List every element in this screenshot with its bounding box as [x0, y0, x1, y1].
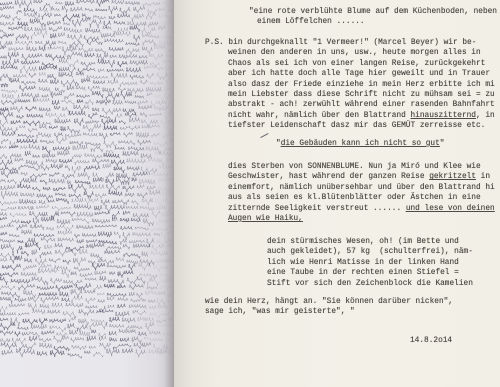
line-segment: zitternde Seeligkeit verstreut ......	[228, 205, 406, 213]
paragraph-line: auch gekleidet), 57 kg (schulterfrei), n…	[267, 247, 473, 257]
centered-quote: "die Gebäuden kann ich nicht so gut"	[276, 139, 444, 149]
paragraph-line: weinen den anderen in uns, usw., heute m…	[228, 48, 495, 58]
line-segment: , in	[476, 112, 495, 120]
quote-close: "	[440, 140, 445, 148]
paragraph-line: lich wie Henri Matisse in der linken Han…	[267, 258, 473, 268]
paragraph-line: also dasz der Friede einziehe in mein He…	[228, 80, 495, 90]
paragraph-line: wie dein Herz, hängt an. "Sie können dar…	[205, 297, 453, 307]
date-stamp: 14.8.2o14	[410, 336, 452, 346]
paragraph-line: nicht wahr, nämlich über den Blattrand h…	[228, 111, 495, 121]
underlined-phrase: und lese von deinen	[406, 205, 495, 213]
paragraph-line: abstrakt - ach! zerwühlt während einer r…	[228, 100, 495, 110]
line-segment: nicht wahr, nämlich über den Blattrand	[228, 112, 410, 120]
indented-stanza: dein stürmisches Wesen, oh! (im Bette un…	[267, 237, 473, 289]
flowers-paragraph: dies Sterben von SONNENBLUME. Nun ja Mir…	[228, 162, 495, 224]
paragraph-line: einemfort, nämlich unübersehbar und über…	[228, 183, 495, 193]
underlined-phrase: Augen wie Haiku,	[228, 215, 303, 223]
ps-paragraph: P.S. bin durchgeknallt "1 Vermeer!" (Mar…	[228, 38, 495, 132]
opening-quote: "eine rote verblühte Blume auf dem Küche…	[249, 7, 497, 28]
paragraph-line: aus als seien es kl.Blütenblätter oder Ä…	[228, 193, 495, 203]
paragraph-line: eine Taube in der rechten einen Stiefel …	[267, 268, 473, 278]
line-segment: Geschwister, hast während der ganzen Rei…	[228, 173, 429, 181]
right-page: "eine rote verblühte Blume auf dem Küche…	[174, 0, 500, 387]
paragraph-line: dein stürmisches Wesen, oh! (im Bette un…	[267, 237, 473, 247]
underlined-phrase: die Gebäuden kann ich nicht so gut	[281, 140, 440, 148]
underlined-phrase: hinauszitternd	[410, 112, 476, 120]
paragraph-line: tiefster Leidenschaft dasz mir das GEMÜT…	[228, 121, 495, 131]
quote-line: einem Löffelchen ......	[257, 17, 497, 27]
book-scan: "eine rote verblühte Blume auf dem Küche…	[0, 0, 500, 387]
line-segment: in	[476, 173, 490, 181]
paragraph-line: Geschwister, hast während der ganzen Rei…	[228, 172, 495, 182]
paragraph-line: Chaos als sei ich von einer langen Reise…	[228, 59, 495, 69]
paragraph-line: dies Sterben von SONNENBLUME. Nun ja Mir…	[228, 162, 495, 172]
paragraph-line: P.S. bin durchgeknallt "1 Vermeer!" (Mar…	[205, 38, 495, 48]
paragraph-line: Stift vor sich den Zeichenblock die Kame…	[267, 279, 473, 289]
quote-line: "eine rote verblühte Blume auf dem Küche…	[249, 7, 497, 17]
left-page	[0, 0, 174, 387]
pen-mark	[260, 133, 269, 138]
scribble-art	[0, 0, 172, 362]
paragraph-line: mein Liebster dass diese Schrift nicht z…	[228, 90, 495, 100]
closing-lines: wie dein Herz, hängt an. "Sie können dar…	[205, 297, 453, 318]
paragraph-line: zitternde Seeligkeit verstreut ...... un…	[228, 204, 495, 214]
paragraph-line: sage ich, "was mir geisterte", "	[205, 307, 453, 317]
paragraph-line: aber ich hatte doch alle Tage hier gewei…	[228, 69, 495, 79]
paragraph-line: Augen wie Haiku,	[228, 214, 495, 224]
underlined-phrase: gekritzelt	[429, 173, 476, 181]
